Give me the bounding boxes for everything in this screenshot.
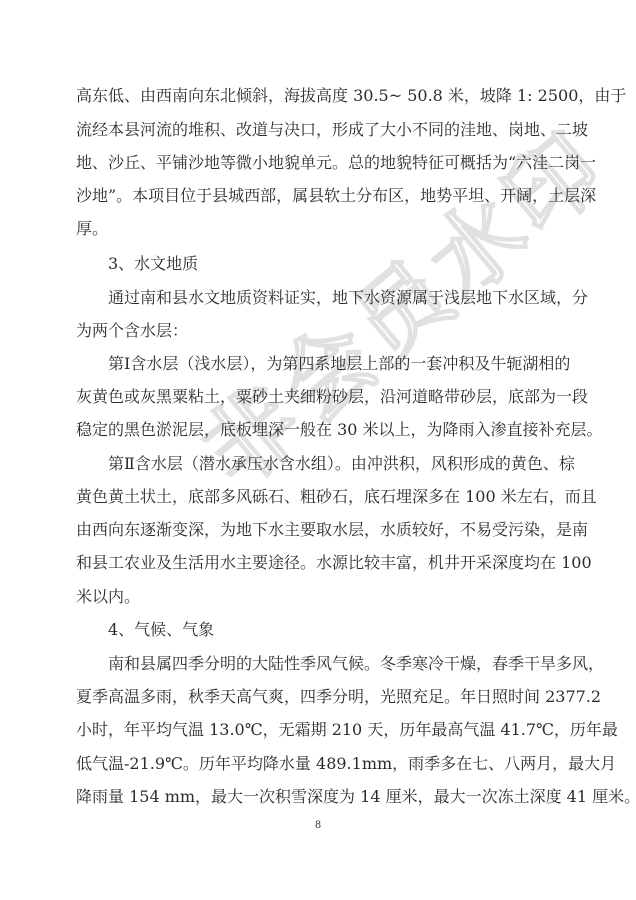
- paragraph-line: 第Ⅰ含水层（浅水层），为第四系地层上部的一套冲积及牛轭湖相的: [108, 352, 560, 376]
- paragraph-line: 灰黄色或灰黑粟粘土，粟砂土夹细粉砂层，沿河道略带砂层，底部为一段: [76, 385, 560, 409]
- paragraph-line: 厚。: [76, 217, 560, 241]
- paragraph-line: 稳定的黑色淤泥层，底板埋深一般在 30 米以上，为降雨入渗直接补充层。: [76, 418, 560, 442]
- page-number: 8: [0, 820, 636, 831]
- paragraph-line: 由西向东逐渐变深，为地下水主要取水层，水质较好，不易受污染，是南: [76, 518, 560, 542]
- paragraph-line: 米以内。: [76, 585, 560, 609]
- paragraph-line: 地、沙丘、平铺沙地等微小地貌单元。总的地貌特征可概括为“六洼二岗一: [76, 151, 560, 175]
- paragraph-line: 和县工农业及生活用水主要途径。水源比较丰富，机井开采深度均在 100: [76, 551, 560, 575]
- section-heading-climate: 4、气候、气象: [108, 618, 560, 642]
- paragraph-line: 为两个含水层：: [76, 319, 560, 343]
- paragraph-line: 南和县属四季分明的大陆性季风气候。冬季寒冷干燥，春季干旱多风，: [108, 652, 560, 676]
- paragraph-line: 流经本县河流的堆积、改道与决口，形成了大小不同的洼地、岗地、二坡: [76, 118, 560, 142]
- document-page: 非会员水印 高东低、由西南向东北倾斜，海拔高度 30.5~ 50.8 米，坡降 …: [0, 0, 636, 900]
- paragraph-line: 夏季高温多雨，秋季天高气爽，四季分明，光照充足。年日照时间 2377.2: [76, 685, 560, 709]
- paragraph-line: 第Ⅱ含水层（潜水承压水含水组）。由冲洪积，风积形成的黄色、棕: [108, 452, 560, 476]
- paragraph-line: 降雨量 154 mm，最大一次积雪深度为 14 厘米，最大一次冻土深度 41 厘…: [76, 785, 560, 809]
- paragraph-line: 高东低、由西南向东北倾斜，海拔高度 30.5~ 50.8 米，坡降 1: 250…: [76, 84, 560, 108]
- paragraph-line: 沙地”。本项目位于县城西部，属县软土分布区，地势平坦、开阔，土层深: [76, 184, 560, 208]
- section-heading-hydrogeology: 3、水文地质: [108, 252, 560, 276]
- paragraph-line: 通过南和县水文地质资料证实，地下水资源属于浅层地下水区域，分: [108, 286, 560, 310]
- paragraph-line: 黄色黄土状土，底部多风砾石、粗砂石，底石埋深多在 100 米左右，而且: [76, 485, 560, 509]
- paragraph-line: 低气温-21.9℃。历年平均降水量 489.1mm，雨季多在七、八两月，最大月: [76, 752, 560, 776]
- paragraph-line: 小时，年平均气温 13.0℃，无霜期 210 天，历年最高气温 41.7℃，历年…: [76, 718, 560, 742]
